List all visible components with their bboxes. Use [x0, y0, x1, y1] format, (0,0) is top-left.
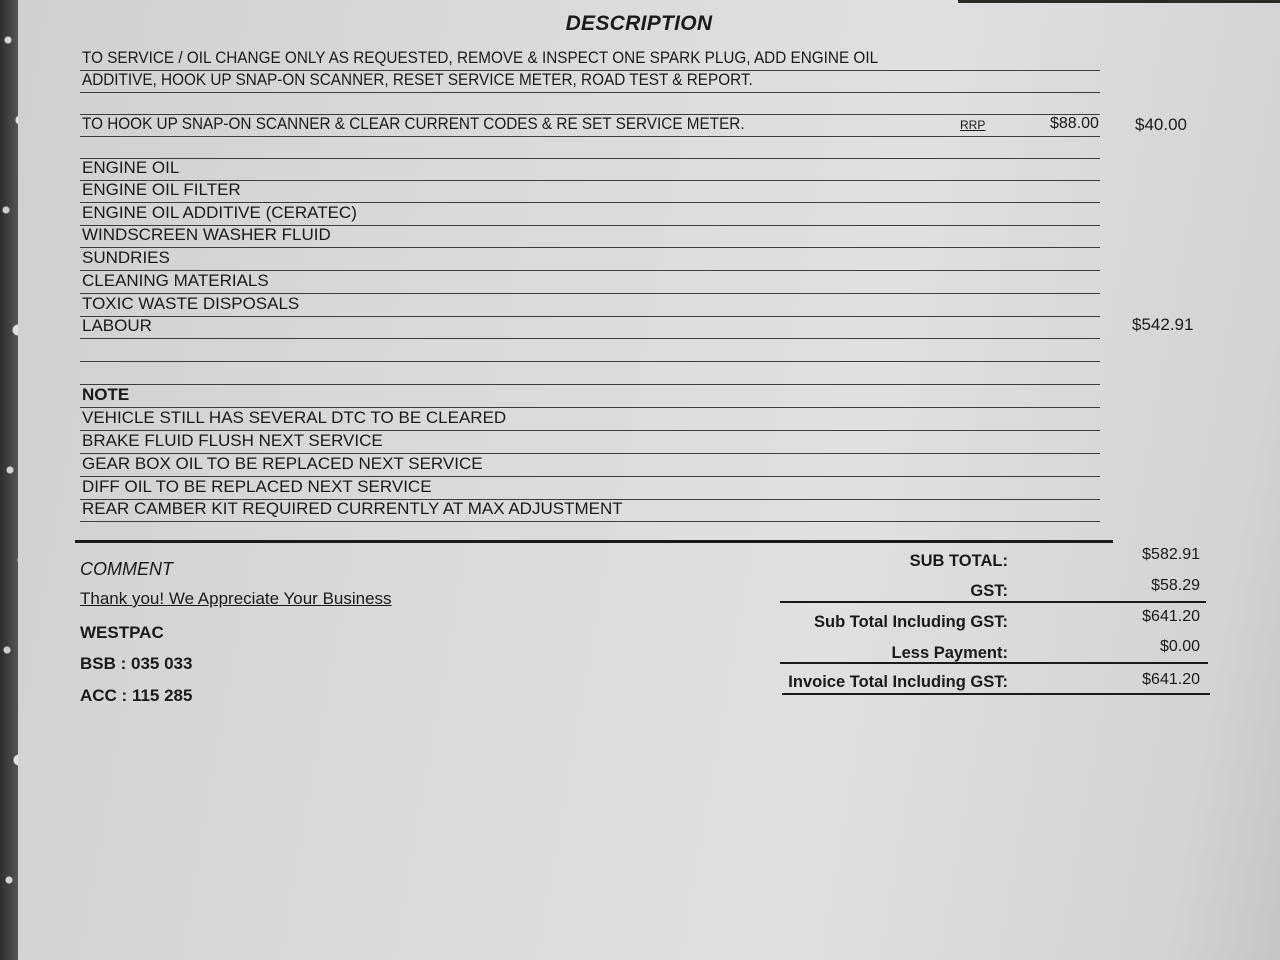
item-label: LABOUR — [82, 315, 152, 337]
note-text: REAR CAMBER KIT REQUIRED CURRENTLY AT MA… — [82, 498, 623, 520]
item-label: SUNDRIES — [82, 247, 170, 269]
item-row: ENGINE OIL FILTER — [80, 180, 1100, 203]
rrp-label: RRP — [960, 118, 985, 132]
item-label: WINDSCREEN WASHER FLUID — [82, 224, 331, 246]
item-row: CLEANING MATERIALS — [80, 271, 1100, 294]
less-payment-value: $0.00 — [1160, 638, 1200, 656]
note-row: DIFF OIL TO BE REPLACED NEXT SERVICE — [80, 477, 1100, 500]
totals-rule — [780, 662, 1208, 664]
totals-rule — [780, 601, 1206, 603]
less-payment-label: Less Payment: — [892, 644, 1008, 663]
sub-total-value: $582.91 — [1142, 546, 1200, 564]
sub-total-label: SUB TOTAL: — [910, 552, 1008, 571]
item-label: CLEANING MATERIALS — [82, 270, 269, 292]
note-text: GEAR BOX OIL TO BE REPLACED NEXT SERVICE — [82, 453, 483, 475]
note-row: GEAR BOX OIL TO BE REPLACED NEXT SERVICE — [80, 454, 1100, 477]
invoice-total-value: $641.20 — [1142, 671, 1200, 689]
rrp-price: $88.00 — [1050, 115, 1099, 133]
blank-line — [80, 92, 1100, 115]
sub-total-incl-gst-value: $641.20 — [1142, 608, 1200, 626]
description-line-text: ADDITIVE, HOOK UP SNAP-ON SCANNER, RESET… — [82, 69, 753, 91]
item-label: ENGINE OIL FILTER — [82, 179, 241, 201]
invoice-sheet: DESCRIPTION TO SERVICE / OIL CHANGE ONLY… — [18, 0, 1280, 960]
note-text: VEHICLE STILL HAS SEVERAL DTC TO BE CLEA… — [82, 407, 506, 429]
sub-total-incl-gst-label: Sub Total Including GST: — [814, 613, 1008, 632]
gst-value: $58.29 — [1151, 577, 1200, 595]
item-row: ENGINE OIL — [80, 158, 1100, 181]
blank-line — [80, 339, 1100, 362]
bank-account: ACC : 115 285 — [80, 686, 192, 706]
scanner-charge: $40.00 — [1135, 115, 1187, 135]
description-line-text: TO SERVICE / OIL CHANGE ONLY AS REQUESTE… — [82, 47, 878, 69]
item-row: ENGINE OIL ADDITIVE (CERATEC) — [80, 203, 1100, 226]
item-row: WINDSCREEN WASHER FLUID — [80, 225, 1100, 248]
description-line: ADDITIVE, HOOK UP SNAP-ON SCANNER, RESET… — [80, 70, 1100, 93]
items-charge: $542.91 — [1132, 315, 1193, 335]
bank-name: WESTPAC — [80, 623, 164, 643]
item-label: TOXIC WASTE DISPOSALS — [82, 293, 299, 315]
note-row: REAR CAMBER KIT REQUIRED CURRENTLY AT MA… — [80, 499, 1100, 522]
comment-text: Thank you! We Appreciate Your Business — [80, 589, 392, 609]
note-text: BRAKE FLUID FLUSH NEXT SERVICE — [82, 430, 383, 452]
section-divider — [75, 540, 1113, 543]
item-row: SUNDRIES — [80, 248, 1100, 271]
note-text: DIFF OIL TO BE REPLACED NEXT SERVICE — [82, 476, 432, 498]
description-line: TO SERVICE / OIL CHANGE ONLY AS REQUESTE… — [80, 48, 1100, 71]
item-label: ENGINE OIL — [82, 157, 179, 179]
scanner-line-text: TO HOOK UP SNAP-ON SCANNER & CLEAR CURRE… — [82, 113, 745, 135]
note-row: VEHICLE STILL HAS SEVERAL DTC TO BE CLEA… — [80, 408, 1100, 431]
item-row: TOXIC WASTE DISPOSALS — [80, 294, 1100, 317]
comment-label: COMMENT — [80, 559, 173, 580]
note-row: BRAKE FLUID FLUSH NEXT SERVICE — [80, 431, 1100, 454]
note-title-row: NOTE — [80, 385, 1100, 408]
note-title: NOTE — [82, 384, 129, 406]
scanner-line: TO HOOK UP SNAP-ON SCANNER & CLEAR CURRE… — [80, 114, 1100, 137]
description-heading: DESCRIPTION — [18, 12, 1280, 36]
totals-rule — [782, 693, 1210, 695]
blank-line — [80, 136, 1100, 159]
invoice-total-label: Invoice Total Including GST: — [788, 673, 1008, 692]
bank-bsb: BSB : 035 033 — [80, 654, 192, 674]
blank-line — [80, 362, 1100, 385]
heading-text: DESCRIPTION — [566, 12, 713, 35]
item-label: ENGINE OIL ADDITIVE (CERATEC) — [82, 202, 357, 224]
item-row: LABOUR — [80, 316, 1100, 339]
sheet-edge-shadow — [958, 0, 1280, 3]
gst-label: GST: — [970, 582, 1008, 601]
